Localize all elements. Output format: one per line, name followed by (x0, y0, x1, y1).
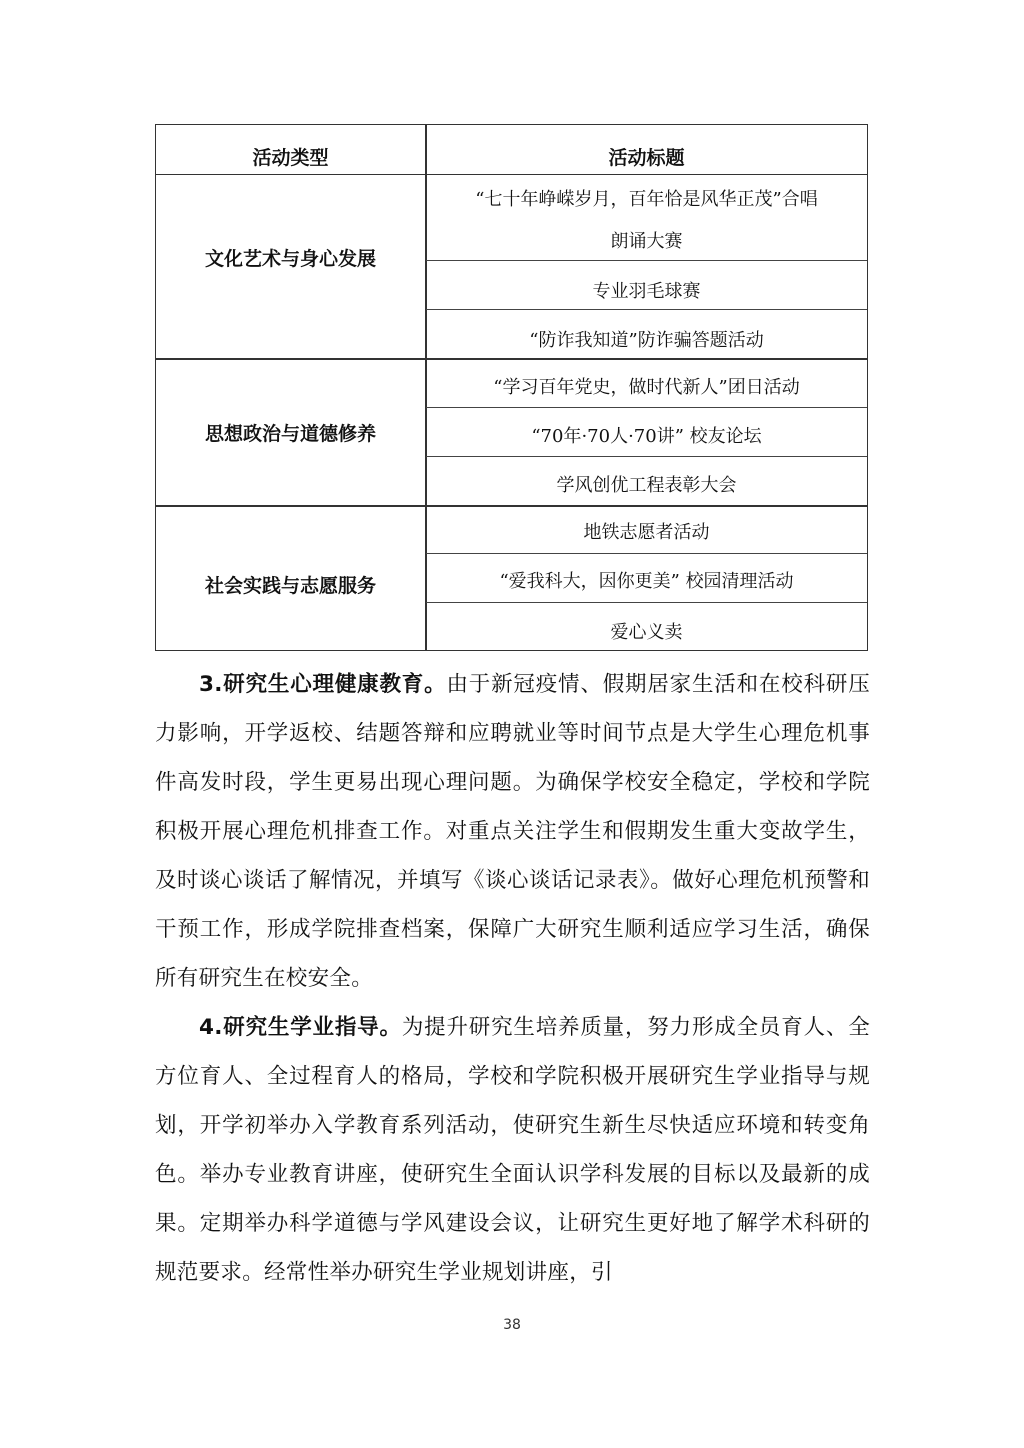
activity-cell: “爱我科大，因你更美” 校园清理活动 (426, 554, 867, 603)
category-cell: 社会实践与志愿服务 (156, 506, 425, 651)
activity-line: “七十年峥嵘岁月，百年恰是风华正茂”合唱 (475, 179, 817, 221)
header-activity-type: 活动类型 (156, 125, 425, 175)
section-academic-guidance: 4.研究生学业指导。为提升研究生培养质量，努力形成全员育人、全方位育人、全过程育… (155, 1003, 870, 1297)
activity-cell: 爱心义卖 (426, 603, 867, 651)
table-header: 活动类型 活动标题 (156, 125, 867, 175)
activity-cell: “防诈我知道”防诈骗答题活动 (426, 310, 867, 359)
category-cell: 思想政治与道德修养 (156, 359, 425, 506)
category-cell: 文化艺术与身心发展 (156, 175, 425, 359)
activity-line: 朗诵大赛 (611, 221, 683, 263)
section-heading: 4.研究生学业指导。 (199, 1015, 402, 1040)
activity-cell: “学习百年党史，做时代新人”团日活动 (426, 359, 867, 408)
activity-cell: 地铁志愿者活动 (426, 506, 867, 554)
activity-cell: 学风创优工程表彰大会 (426, 457, 867, 506)
section-mental-health: 3.研究生心理健康教育。由于新冠疫情、假期居家生活和在校科研压力影响，开学返校、… (155, 660, 870, 1003)
section-heading: 3.研究生心理健康教育。 (199, 672, 446, 697)
page-number: 38 (0, 1317, 1024, 1333)
activity-cell: “七十年峥嵘岁月，百年恰是风华正茂”合唱 朗诵大赛 (426, 175, 867, 261)
activity-table: 活动类型 活动标题 文化艺术与身心发展 “七十年峥嵘岁月，百年恰是风华正茂”合唱… (155, 124, 868, 651)
section-body: 为提升研究生培养质量，努力形成全员育人、全方位育人、全过程育人的格局，学校和学院… (155, 1015, 870, 1285)
section-body: 由于新冠疫情、假期居家生活和在校科研压力影响，开学返校、结题答辩和应聘就业等时间… (155, 672, 870, 991)
activity-cell: “70年·70人·70讲” 校友论坛 (426, 408, 867, 457)
header-activity-title: 活动标题 (426, 125, 867, 175)
activity-cell: 专业羽毛球赛 (426, 261, 867, 310)
